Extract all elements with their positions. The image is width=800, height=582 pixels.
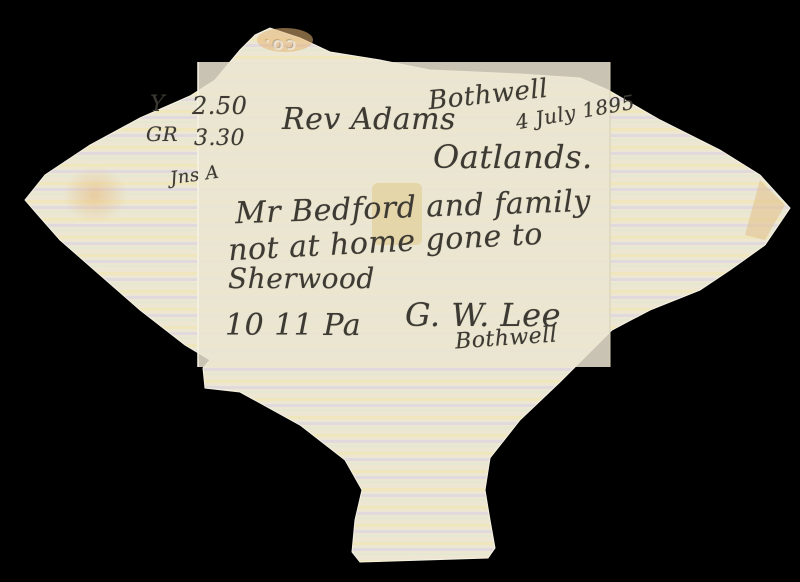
margin-note-value-1: 2.50 — [192, 92, 247, 120]
message-line-3: Sherwood — [228, 262, 375, 295]
margin-note-label-2: GR — [146, 122, 178, 146]
margin-note-value-2: 3.30 — [194, 126, 245, 151]
document-scan: CO. Y 2.50 GR 3.30 Jns A Bothwell Rev Ad… — [0, 0, 800, 582]
time-received: 10 11 Pa — [225, 308, 361, 343]
margin-note-label-1: Y — [150, 92, 165, 117]
embossed-mark: CO. — [262, 36, 296, 51]
envelope-paper — [0, 0, 800, 582]
stain — [63, 167, 127, 223]
destination: Oatlands. — [433, 138, 593, 176]
addressee: Rev Adams — [282, 102, 456, 137]
